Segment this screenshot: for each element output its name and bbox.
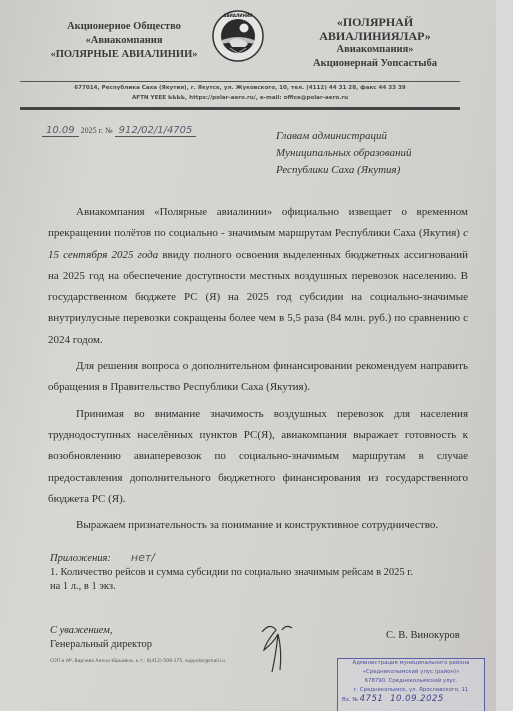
stamp-line-3: 678790. Среднеколымский улус. — [338, 677, 484, 686]
company-type-ru: Акционерное Общество — [34, 20, 214, 34]
letterhead-right: «ПОЛЯРНАЙ АВИАЛИНИЯЛАР» Авиакомпания» Ак… — [290, 15, 460, 71]
polar-airlines-emblem-icon: АВИАЛИНИИ — [212, 10, 264, 62]
company-label-ru: «Авиакомпания — [34, 34, 214, 48]
svg-text:АВИАЛИНИИ: АВИАЛИНИИ — [223, 13, 252, 18]
attachments-handwritten-note: нет/ — [131, 551, 155, 564]
paragraph-notice-end: ввиду полного освоения выделенных бюджет… — [48, 249, 468, 346]
incoming-registration-stamp: Администрация муниципального района «Сре… — [337, 658, 485, 711]
contact-address: 677014, Республика Саха (Якутия), г. Яку… — [20, 83, 460, 93]
contact-web-email: AFTN YEEE ЬЬЬЬ, https://polar-aero.ru/, … — [20, 93, 460, 103]
contact-block: 677014, Республика Саха (Якутия), г. Яку… — [20, 83, 460, 103]
signer-name: С. В. Винокуров — [386, 630, 460, 641]
paragraph-readiness: Принимая во внимание значимость воздушны… — [48, 404, 468, 510]
company-type-sakha: Акционернай Уопсастыба — [290, 57, 460, 71]
outgoing-date: 10.09 — [42, 125, 79, 137]
company-label-sakha: Авиакомпания» — [290, 43, 460, 57]
letterhead-divider-top — [20, 81, 460, 82]
attachments-block: Приложения:нет/ 1. Количество рейсов и с… — [50, 551, 480, 594]
addressee-line-2: Муниципальных образований — [276, 145, 412, 162]
stamp-in-date: 10.09.2025 — [390, 694, 444, 704]
company-name-sakha: «ПОЛЯРНАЙ АВИАЛИНИЯЛАР» — [290, 15, 460, 43]
stamp-line-1: Администрация муниципального района — [338, 659, 484, 668]
addressee-block: Главам администраций Муниципальных образ… — [276, 128, 412, 179]
stamp-incoming-row: Вх. № 4751 10.09.2025 — [338, 695, 484, 705]
signature-block: С уважением, Генеральный директор СОП и … — [50, 624, 225, 669]
outgoing-year-label: 2025 г. № — [81, 126, 113, 135]
executor-info: СОП и АР, Варчева Алена Юрьевна, к.т.: 8… — [50, 655, 225, 669]
paragraph-notice-start: Авиакомпания «Полярные авиалинии» официа… — [48, 206, 468, 239]
letter-body: Авиакомпания «Полярные авиалинии» официа… — [48, 202, 468, 536]
handwritten-signature-icon — [252, 620, 302, 676]
outgoing-reg-number: 912/02/1/4705 — [115, 125, 197, 137]
attachment-item-1-pages: на 1 л., в 1 экз. — [50, 580, 480, 594]
page-edge — [496, 0, 513, 711]
letterhead-divider-bottom — [20, 107, 460, 110]
stamp-in-label: Вх. № — [342, 697, 358, 703]
paragraph-notice: Авиакомпания «Полярные авиалинии» официа… — [48, 202, 468, 351]
stamp-line-2: «Среднеколымский улус (район)» — [338, 668, 484, 677]
addressee-line-3: Республики Саха (Якутия) — [276, 162, 412, 179]
attachment-item-1: 1. Количество рейсов и сумма субсидии по… — [50, 566, 480, 580]
letterhead-left: Акционерное Общество «Авиакомпания «ПОЛЯ… — [34, 20, 214, 62]
company-name-ru: «ПОЛЯРНЫЕ АВИАЛИНИИ» — [34, 48, 214, 62]
closing: С уважением, — [50, 624, 225, 638]
paragraph-recommendation: Для решения вопроса о дополнительном фин… — [48, 356, 468, 399]
paragraph-gratitude: Выражаем признательность за понимание и … — [48, 515, 468, 536]
signer-position: Генеральный директор — [50, 638, 225, 652]
stamp-in-number: 4751 — [360, 694, 384, 704]
outgoing-number: 10.09 2025 г. № 912/02/1/4705 — [42, 125, 196, 137]
addressee-line-1: Главам администраций — [276, 128, 412, 145]
attachments-label: Приложения: — [50, 553, 111, 564]
